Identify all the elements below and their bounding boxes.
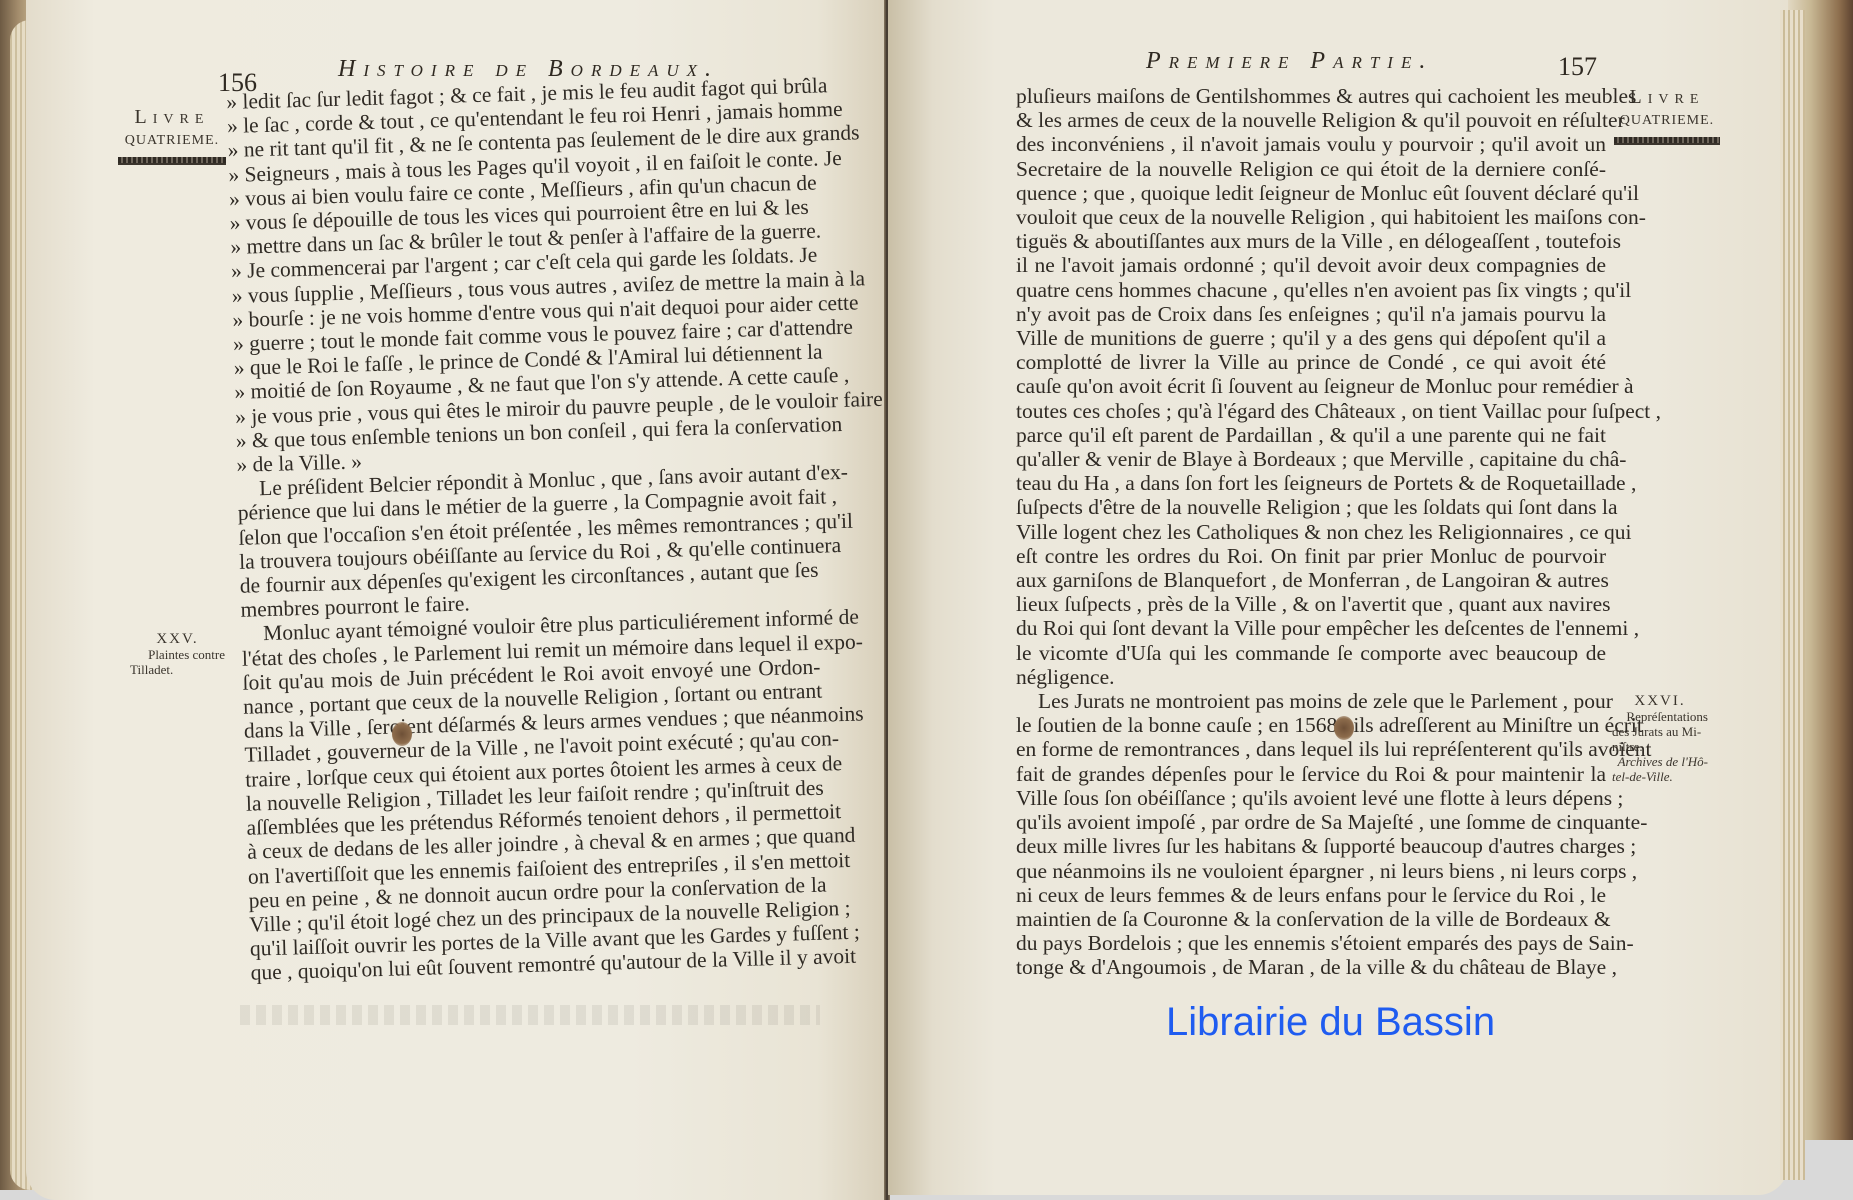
text-line: Ville de munitions de guerre ; qu'il y a… — [1016, 326, 1606, 350]
watermark-text: Librairie du Bassin — [1166, 1000, 1495, 1045]
right-page-number: 157 — [1558, 52, 1597, 82]
text-line: complotté de livrer la Ville au prince d… — [1016, 350, 1606, 374]
open-book: 156 Histoire de Bordeaux. Livre QUATRIEM… — [0, 0, 1853, 1200]
margin-note-text: des Jurats au Mi- — [1612, 724, 1708, 739]
margin-note-source: tel-de-Ville. — [1612, 769, 1708, 784]
text-line: du pays Bordelois ; que les ennemis s'ét… — [1016, 931, 1606, 955]
text-line: ni ceux de leurs femmes & de leurs enfan… — [1016, 883, 1606, 907]
book-label: Livre — [118, 106, 226, 129]
margin-note-source: Archives de l'Hô- — [1612, 754, 1708, 769]
margin-note-text: Plaintes contre — [130, 647, 225, 662]
text-line: quatre cens hommes chacune , qu'elles n'… — [1016, 278, 1606, 302]
text-line: n'y avoit pas de Croix dans ſes enſeigne… — [1016, 302, 1606, 326]
margin-note-text: niſtre. — [1612, 739, 1708, 754]
left-margin-note: XXV. Plaintes contre Tilladet. — [130, 632, 225, 677]
text-line: du Roi qui ſont devant la Ville pour emp… — [1016, 616, 1606, 640]
text-line: Ville logent chez les Catholiques & non … — [1016, 520, 1606, 544]
text-line: ſuſpects d'être de la nouvelle Religion … — [1016, 495, 1606, 519]
text-line: vouloit que ceux de la nouvelle Religion… — [1016, 205, 1606, 229]
paper-stain — [392, 722, 412, 746]
text-line: Ville ſous ſon obéiſſance ; qu'ils avoie… — [1016, 786, 1606, 810]
section-number: XXVI. — [1612, 694, 1708, 709]
text-line: fait de grandes dépenſes pour le ſervice… — [1016, 762, 1606, 786]
left-page-text: » ledit ſac ſur ledit fagot ; & ce fait … — [226, 74, 829, 985]
text-line: eſt contre les ordres du Roi. On finit p… — [1016, 544, 1606, 568]
text-line: & les armes de ceux de la nouvelle Relig… — [1016, 108, 1606, 132]
text-line: quence ; que , quoique ledit ſeigneur de… — [1016, 181, 1606, 205]
text-line: maintien de ſa Couronne & la conſervatio… — [1016, 907, 1606, 931]
text-line: parce qu'il eſt parent de Pardaillan , &… — [1016, 423, 1606, 447]
text-line: qu'ils avoient impoſé , par ordre de Sa … — [1016, 810, 1606, 834]
text-line: aux garniſons de Blanquefort , de Monfer… — [1016, 568, 1606, 592]
text-line: deux mille livres ſur les habitans & ſup… — [1016, 834, 1606, 858]
text-line: qu'aller & venir de Blaye à Bordeaux ; q… — [1016, 447, 1606, 471]
page-edges-right — [1780, 10, 1805, 1180]
section-number: XXV. — [130, 632, 225, 647]
text-line: toutes ces choſes ; qu'à l'égard des Châ… — [1016, 399, 1606, 423]
text-line: pluſieurs maiſons de Gentilshommes & aut… — [1016, 84, 1606, 108]
show-through-text — [240, 1005, 820, 1025]
ornamental-rule — [118, 157, 226, 165]
text-line: que néanmoins ils ne vouloient épargner … — [1016, 859, 1606, 883]
text-line: Secretaire de la nouvelle Religion ce qu… — [1016, 157, 1606, 181]
margin-note-text: Tilladet. — [130, 662, 225, 677]
paper-stain — [1334, 716, 1354, 740]
text-line: tiguës & aboutiſſantes aux murs de la Vi… — [1016, 229, 1606, 253]
left-book-heading: Livre QUATRIEME. — [118, 106, 226, 165]
text-line: Les Jurats ne montroient pas moins de ze… — [1016, 689, 1606, 713]
margin-note-text: Repréſentations — [1612, 709, 1708, 724]
text-line: teau du Ha , a dans ſon fort les ſeigneu… — [1016, 471, 1606, 495]
text-line: il ne l'avoit jamais ordonné ; qu'il dev… — [1016, 253, 1606, 277]
text-line: en forme de remontrances , dans lequel i… — [1016, 737, 1606, 761]
right-running-head: Premiere Partie. — [1146, 48, 1433, 75]
text-line: cauſe qu'on avoit écrit ſi ſouvent au ſe… — [1016, 374, 1606, 398]
book-number: QUATRIEME. — [1614, 113, 1720, 129]
text-line: le ſoutien de la bonne cauſe ; en 1568 ,… — [1016, 713, 1606, 737]
text-line: des inconvéniens , il n'avoit jamais vou… — [1016, 132, 1606, 156]
ornamental-rule — [1614, 137, 1720, 145]
right-margin-note: XXVI. Repréſentations des Jurats au Mi- … — [1612, 694, 1708, 784]
text-line: lieux ſuſpects , près de la Ville , & on… — [1016, 592, 1606, 616]
text-line: négligence. — [1016, 665, 1606, 689]
text-line: tonge & d'Angoumois , de Maran , de la v… — [1016, 955, 1606, 979]
right-page-text: pluſieurs maiſons de Gentilshommes & aut… — [1016, 84, 1606, 980]
book-number: QUATRIEME. — [118, 133, 226, 149]
text-line: le vicomte d'Uſa qui les commande ſe com… — [1016, 641, 1606, 665]
